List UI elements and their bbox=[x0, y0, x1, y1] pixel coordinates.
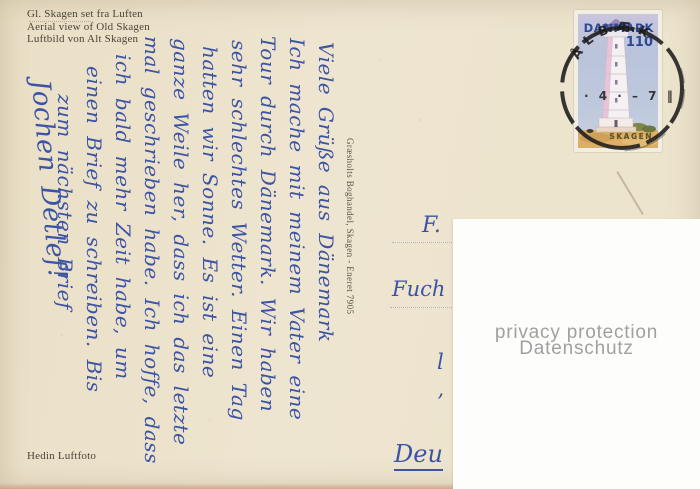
postcard-back: Gl. Skagen set fra Luften Aerial view of… bbox=[0, 0, 700, 489]
card-bottom-edge bbox=[0, 483, 453, 489]
privacy-overlay-text-de: Datenschutz bbox=[453, 341, 700, 357]
handwriting-line: ganze Weile her, dass ich das letzte bbox=[166, 36, 195, 468]
postage-stamp: DANMARK 110 SKAGEN bbox=[574, 10, 662, 152]
address-dotted-rule bbox=[392, 242, 452, 243]
stamp-denomination: 110 bbox=[626, 35, 653, 50]
stamp-country-label: DANMARK bbox=[584, 21, 654, 35]
photographer-credit: Hedin Luftfoto bbox=[27, 450, 96, 462]
address-fragment-3: l bbox=[437, 350, 444, 374]
publisher-credit-vertical: Græsholts Boghandel, Skagen - Eneret 790… bbox=[345, 138, 355, 314]
handwriting-line: sehr schlechtes Wetter. Einen Tag bbox=[224, 36, 253, 468]
handwriting-line: einen Brief zu schreiben. Bis bbox=[79, 36, 108, 468]
address-fragment-2: Fuch bbox=[392, 277, 445, 301]
caption-dotted-underline bbox=[29, 21, 93, 22]
caption-line-english: Aerial view of Old Skagen bbox=[27, 21, 150, 34]
caption-line-danish: Gl. Skagen set fra Luften bbox=[27, 8, 150, 21]
handwritten-message: Viele Grüße aus Dänemark Ich mache mit m… bbox=[20, 36, 340, 468]
scratch-mark bbox=[616, 171, 643, 215]
address-fragment-1: F. bbox=[422, 213, 441, 238]
handwriting-line: ich bald mehr Zeit habe, um bbox=[108, 36, 137, 468]
handwriting-line: hatten wir Sonne. Es ist eine bbox=[195, 36, 224, 468]
handwriting-line: Ich mache mit meinem Vater eine bbox=[282, 36, 311, 468]
handwriting-line: Viele Grüße aus Dänemark bbox=[311, 36, 340, 468]
stamp-place-label: SKAGEN bbox=[609, 132, 653, 141]
address-fragment-5: Deu bbox=[394, 440, 443, 471]
stamp-artwork: DANMARK 110 SKAGEN bbox=[578, 14, 658, 148]
address-dotted-rule bbox=[390, 307, 452, 308]
privacy-overlay: privacy protection Datenschutz bbox=[453, 219, 700, 489]
handwriting-line: mal geschrieben habe. Ich hoffe, dass bbox=[137, 36, 166, 468]
handwriting-line: Tour durch Dänemark. Wir haben bbox=[253, 36, 282, 468]
privacy-overlay-text: privacy protection Datenschutz bbox=[453, 325, 700, 357]
address-fragment-4: ’ bbox=[437, 390, 444, 414]
